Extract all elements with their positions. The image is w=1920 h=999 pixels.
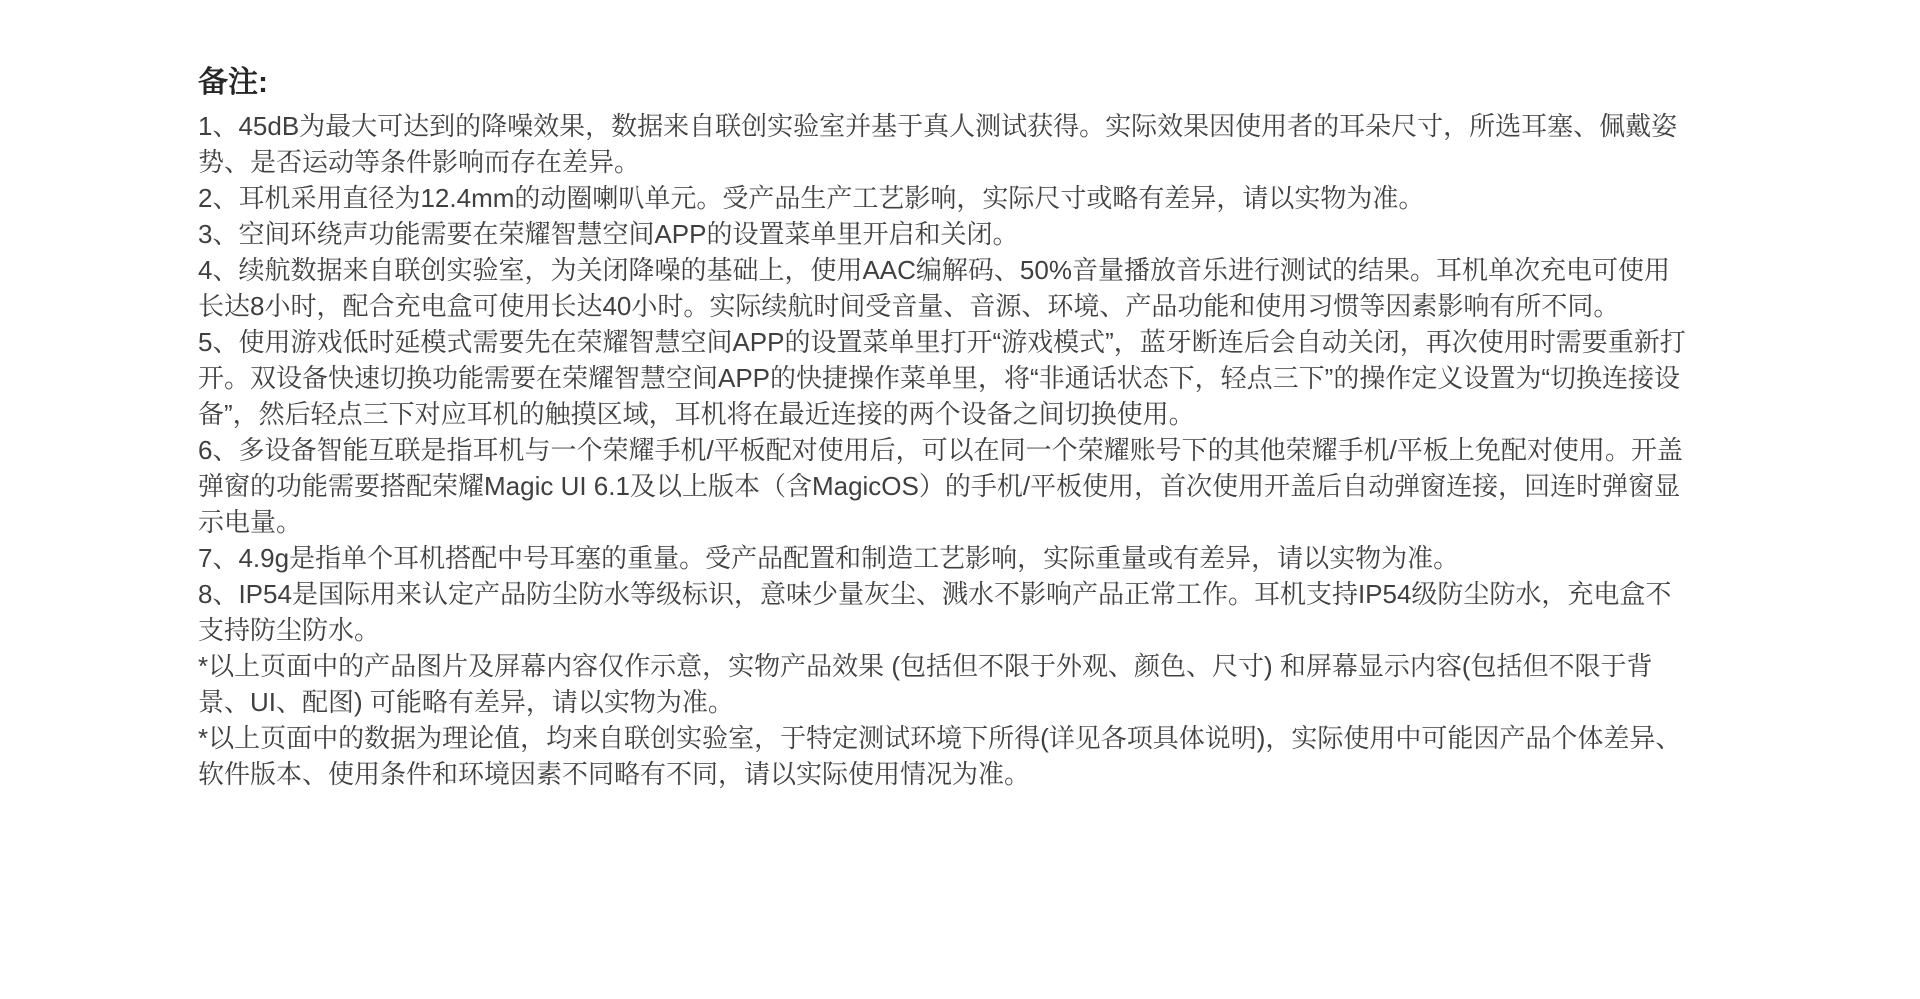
note-item-4: 4、续航数据来自联创实验室，为关闭降噪的基础上，使用AAC编解码、50%音量播放…: [198, 252, 1690, 324]
note-item-5: 5、使用游戏低时延模式需要先在荣耀智慧空间APP的设置菜单里打开“游戏模式”，蓝…: [198, 324, 1690, 432]
note-item-7: 7、4.9g是指单个耳机搭配中号耳塞的重量。受产品配置和制造工艺影响，实际重量或…: [198, 540, 1690, 576]
note-item-8: 8、IP54是国际用来认定产品防尘防水等级标识，意味少量灰尘、溅水不影响产品正常…: [198, 576, 1690, 648]
footnote-1: *以上页面中的产品图片及屏幕内容仅作示意，实物产品效果 (包括但不限于外观、颜色…: [198, 648, 1690, 720]
notes-section: 备注: 1、45dB为最大可达到的降噪效果，数据来自联创实验室并基于真人测试获得…: [198, 62, 1690, 792]
notes-title: 备注:: [198, 62, 1690, 104]
note-item-1: 1、45dB为最大可达到的降噪效果，数据来自联创实验室并基于真人测试获得。实际效…: [198, 108, 1690, 180]
footnote-2: *以上页面中的数据为理论值，均来自联创实验室，于特定测试环境下所得(详见各项具体…: [198, 720, 1690, 792]
note-item-2: 2、耳机采用直径为12.4mm的动圈喇叭单元。受产品生产工艺影响，实际尺寸或略有…: [198, 180, 1690, 216]
note-item-3: 3、空间环绕声功能需要在荣耀智慧空间APP的设置菜单里开启和关闭。: [198, 216, 1690, 252]
note-item-6: 6、多设备智能互联是指耳机与一个荣耀手机/平板配对使用后，可以在同一个荣耀账号下…: [198, 432, 1690, 540]
